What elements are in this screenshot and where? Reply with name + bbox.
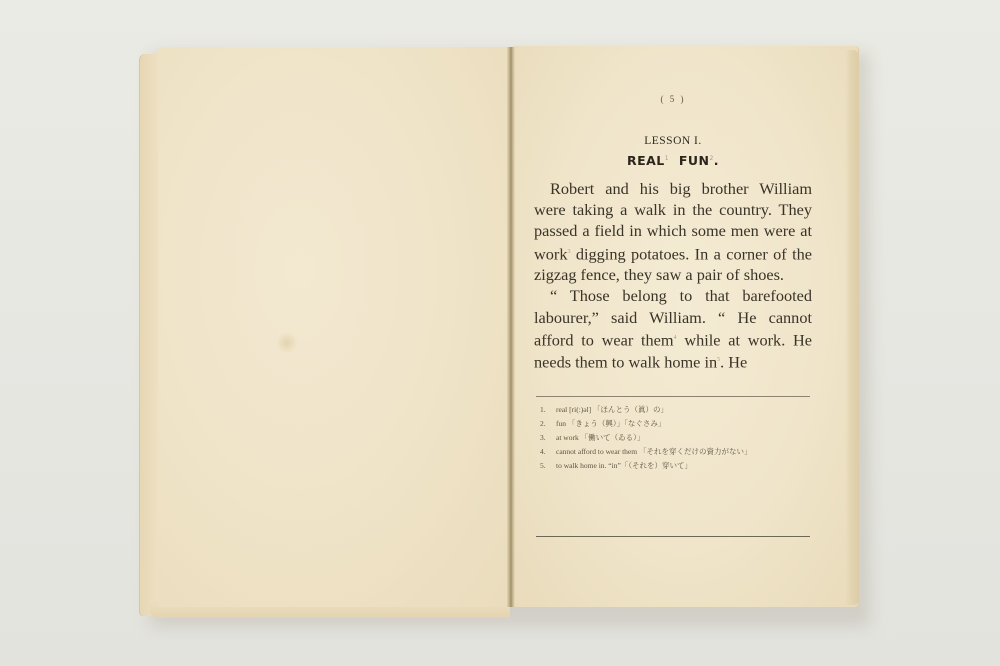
left-page-blank [158,47,510,607]
subtitle-word-fun: FUN [679,153,710,168]
footnote-ref-1: 1 [665,155,669,162]
footnote-divider-top [536,396,810,397]
page-stack-edge [845,50,859,605]
paragraph-2: “ Those belong to that barefooted labour… [534,285,812,373]
footnote-text: fun 「きょう（興）」「なぐさみ」 [556,419,665,428]
paper-stain [276,332,298,354]
right-page-content: ( 5 ) LESSON I. REAL1 FUN2. Robert and h… [534,90,812,373]
subtitle-period: . [714,153,719,168]
page-number: ( 5 ) [534,94,812,108]
footnote-number: 4. [540,445,556,459]
book-gutter [507,47,515,607]
footnote-item: 5.to walk home in. “in”「（それを）穿いて」 [540,459,810,473]
lesson-subtitle: REAL1 FUN2. [534,153,812,168]
footnote-item: 1.real [ri(:)əl] 「ほんとう（眞）の」 [540,403,810,417]
footnote-text: real [ri(:)əl] 「ほんとう（眞）の」 [556,405,668,414]
lesson-body: Robert and his big brother William were … [534,178,812,373]
footnote-number: 1. [540,403,556,417]
footnote-item: 2.fun 「きょう（興）」「なぐさみ」 [540,417,810,431]
footnote-item: 3.at work 「働いて（ゐる）」 [540,431,810,445]
footnotes-list: 1.real [ri(:)əl] 「ほんとう（眞）の」 2.fun 「きょう（興… [540,403,810,473]
footnote-item: 4.cannot afford to wear them 「それを穿くだけの資力… [540,445,810,459]
footnote-text: cannot afford to wear them 「それを穿くだけの資力がな… [556,447,751,456]
footnote-number: 3. [540,431,556,445]
subtitle-word-real: REAL [627,153,665,168]
open-book: ( 5 ) LESSON I. REAL1 FUN2. Robert and h… [0,0,1000,666]
footnote-text: to walk home in. “in”「（それを）穿いて」 [556,461,692,470]
text-segment: . He [720,353,747,372]
text-segment: digging potatoes. In a corner of the zig… [534,244,812,284]
paragraph-1: Robert and his big brother William were … [534,178,812,285]
footnote-number: 5. [540,459,556,473]
lesson-title: LESSON I. [534,135,812,147]
footnote-divider-bottom [536,536,810,537]
footnote-number: 2. [540,417,556,431]
footnote-text: at work 「働いて（ゐる）」 [556,433,644,442]
